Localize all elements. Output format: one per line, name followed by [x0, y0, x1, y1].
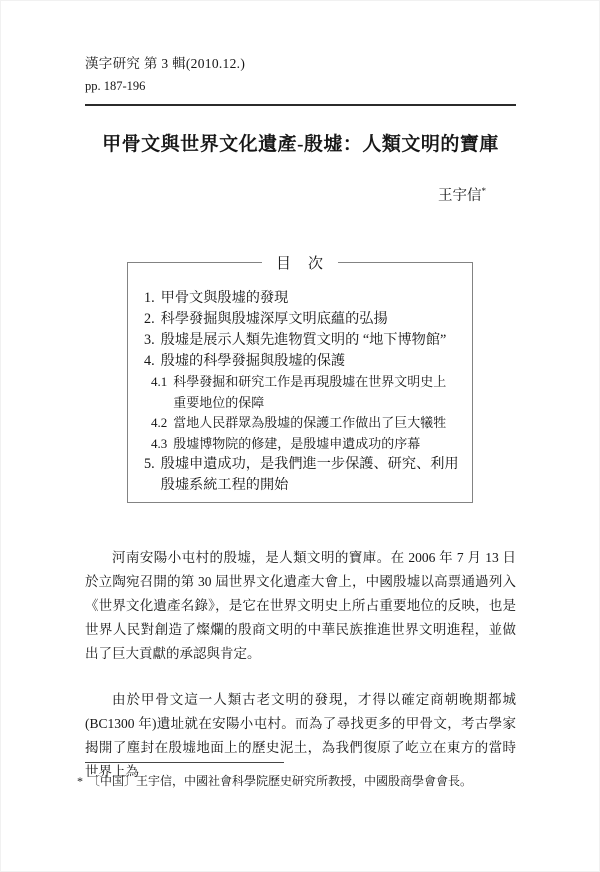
toc-item-number: 4. [144, 351, 155, 372]
article-body: 河南安陽小屯村的殷墟，是人類文明的寶庫。在 2006 年 7 月 13 日於立陶… [85, 546, 516, 784]
author-name: 王宇信 [438, 188, 482, 204]
author-footnote-marker: * [482, 186, 487, 196]
toc-item-text: 殷墟博物院的修建，是殷墟申遺成功的序幕 [173, 434, 420, 455]
toc-item: 2. 科學發掘與殷墟深厚文明底蘊的弘揚 [144, 309, 459, 330]
toc-item-number: 4.2 [151, 413, 167, 434]
page-range: pp. 187-196 [85, 79, 516, 94]
footnote-separator [85, 762, 284, 763]
toc-item-text: 甲骨文與殷墟的發現 [161, 288, 289, 309]
article-title: 甲骨文與世界文化遺產-殷墟：人類文明的寶庫 [85, 129, 516, 156]
header-rule [85, 104, 516, 106]
footnote-section: * 〔中国〕王宇信，中國社會科學院歷史研究所教授，中國殷商學會會長。 [85, 762, 516, 790]
toc-item: 1. 甲骨文與殷墟的發現 [144, 288, 459, 309]
toc-item-number: 2. [144, 309, 155, 330]
toc-item-number: 1. [144, 288, 155, 309]
toc-item-text: 殷墟申遺成功，是我們進一步保護、研究、利用殷墟系統工程的開始 [161, 454, 459, 496]
toc-item-number: 5. [144, 454, 155, 496]
toc-subitem: 4.1 科學發掘和研究工作是再現殷墟在世界文明史上重要地位的保障 [144, 372, 459, 413]
footnote-marker: * [77, 772, 83, 790]
toc-item-text: 殷墟的科學發掘與殷墟的保護 [161, 351, 345, 372]
toc-item-number: 3. [144, 330, 155, 351]
author-line: 王宇信* [85, 184, 516, 205]
toc-item-text: 科學發掘和研究工作是再現殷墟在世界文明史上重要地位的保障 [173, 372, 459, 413]
toc-item: 4. 殷墟的科學發掘與殷墟的保護 [144, 351, 459, 372]
toc-item: 5. 殷墟申遺成功，是我們進一步保護、研究、利用殷墟系統工程的開始 [144, 454, 459, 496]
toc-heading: 目 次 [262, 252, 338, 273]
body-paragraph: 河南安陽小屯村的殷墟，是人類文明的寶庫。在 2006 年 7 月 13 日於立陶… [85, 546, 516, 666]
toc-item: 3. 殷墟是展示人類先進物質文明的 “地下博物館” [144, 330, 459, 351]
journal-title: 漢字研究 第 3 輯(2010.12.) [85, 52, 516, 72]
toc-item-number: 4.3 [151, 434, 167, 455]
journal-header: 漢字研究 第 3 輯(2010.12.) pp. 187-196 [85, 52, 516, 94]
footnote: * 〔中国〕王宇信，中國社會科學院歷史研究所教授，中國殷商學會會長。 [85, 772, 516, 790]
toc-item-text: 科學發掘與殷墟深厚文明底蘊的弘揚 [161, 309, 388, 330]
footnote-text: 〔中国〕王宇信，中國社會科學院歷史研究所教授，中國殷商學會會長。 [88, 772, 472, 790]
toc-subitem: 4.3 殷墟博物院的修建，是殷墟申遺成功的序幕 [144, 434, 459, 455]
toc-item-number: 4.1 [151, 372, 167, 413]
toc-item-text: 當地人民群眾為殷墟的保護工作做出了巨大犧牲 [173, 413, 446, 434]
paper-page: 漢字研究 第 3 輯(2010.12.) pp. 187-196 甲骨文與世界文… [0, 0, 600, 872]
toc-item-text: 殷墟是展示人類先進物質文明的 “地下博物館” [161, 330, 447, 351]
table-of-contents: 目 次 1. 甲骨文與殷墟的發現 2. 科學發掘與殷墟深厚文明底蘊的弘揚 3. … [127, 262, 473, 503]
toc-subitem: 4.2 當地人民群眾為殷墟的保護工作做出了巨大犧牲 [144, 413, 459, 434]
